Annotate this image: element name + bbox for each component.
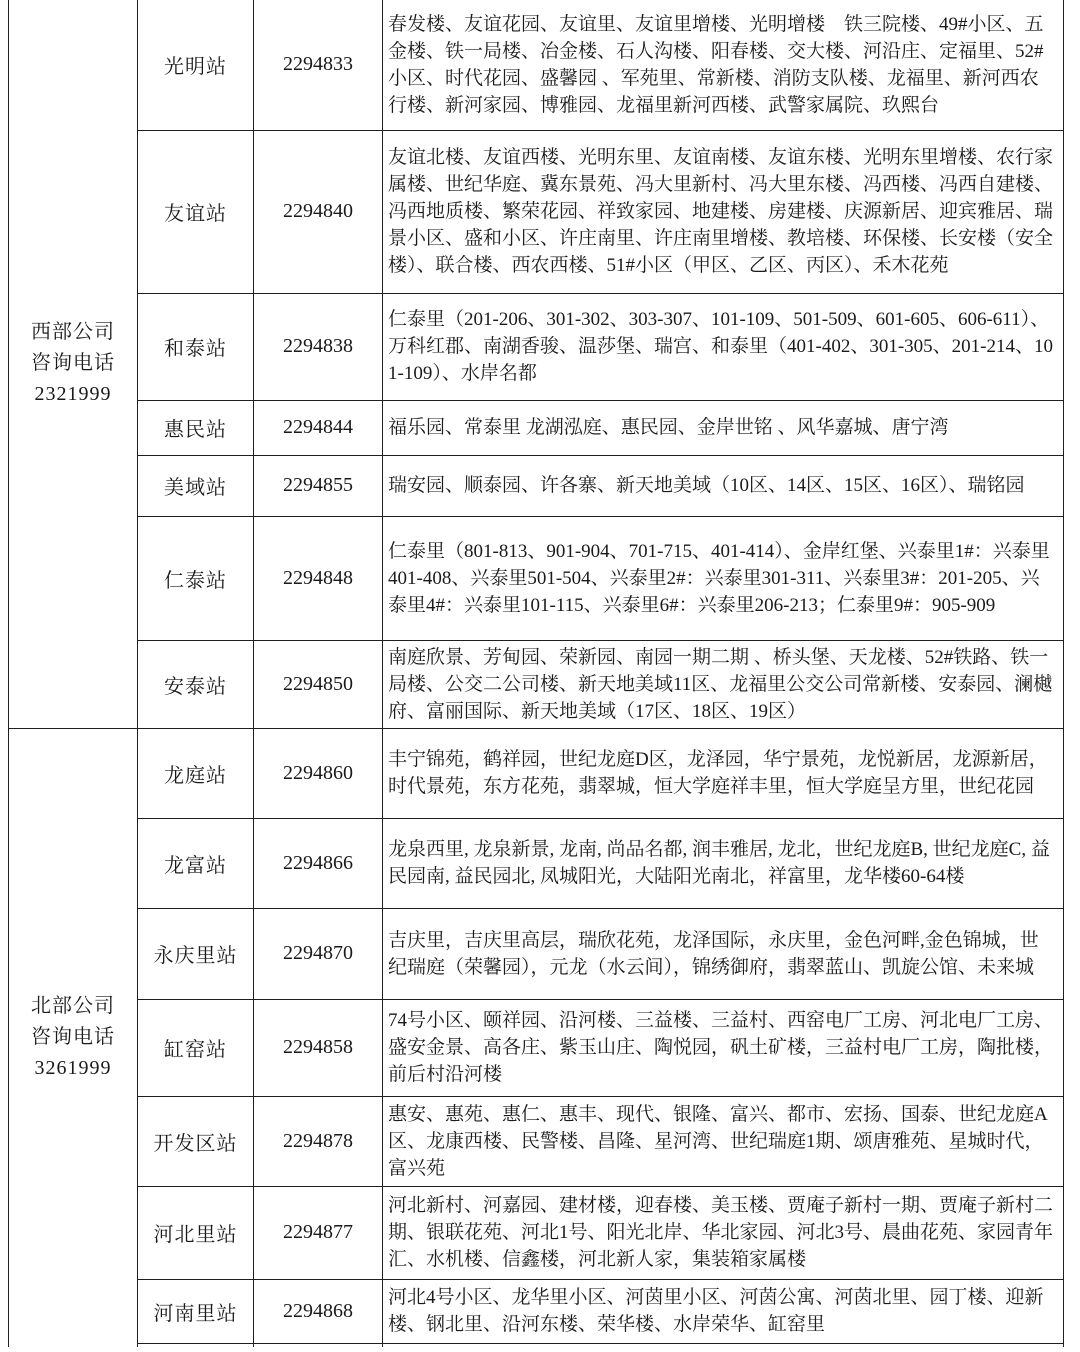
phone-cell: 2294855 <box>254 455 383 516</box>
station-phone-table: 西部公司 咨询电话 2321999 光明站 2294833 春发楼、友谊花园、友… <box>8 0 1064 1347</box>
phone-cell: 2294878 <box>254 1096 383 1186</box>
company-phone: 2321999 <box>9 379 137 410</box>
areas-cell: 惠安、惠苑、惠仁、惠丰、现代、银隆、富兴、都市、宏扬、国泰、世纪龙庭A区、龙康西… <box>383 1096 1064 1186</box>
station-cell: 仁泰站 <box>138 516 254 640</box>
areas-cell: 河北新村、河嘉园、建材楼，迎春楼、美玉楼、贾庵子新村一期、贾庵子新村二期、银联花… <box>383 1186 1064 1279</box>
areas-cell: 仁泰里（801-813、901-904、701-715、401-414）、金岸红… <box>383 516 1064 640</box>
phone-cell: 2294833 <box>254 0 383 130</box>
company-label: 咨询电话 <box>9 1022 137 1053</box>
phone-cell: 2294868 <box>254 1279 383 1343</box>
phone-cell: 2294866 <box>254 818 383 908</box>
areas-cell: 南庭欣景、芳甸园、荣新园、南园一期二期 、桥头堡、天龙楼、52#铁路、铁一局楼、… <box>383 640 1064 728</box>
areas-cell: 吉庆里，吉庆里高层，瑞欣花苑，龙泽国际，永庆里，金色河畔,金色锦城，世纪瑞庭（荣… <box>383 908 1064 999</box>
company-cell-west: 西部公司 咨询电话 2321999 <box>9 0 138 728</box>
station-cell: 光明站 <box>138 0 254 130</box>
areas-cell: 春发楼、友谊花园、友谊里、友谊里增楼、光明增楼 铁三院楼、49#小区、五金楼、铁… <box>383 0 1064 130</box>
station-cell: 缸窑站 <box>138 999 254 1096</box>
areas-cell: 瑞安园、顺泰园、许各寨、新天地美域（10区、14区、15区、16区）、瑞铭园 <box>383 455 1064 516</box>
areas-cell: 仁泰里（201-206、301-302、303-307、101-109、501-… <box>383 293 1064 400</box>
table-row: 美域站 2294855 瑞安园、顺泰园、许各寨、新天地美域（10区、14区、15… <box>9 455 1064 516</box>
table-row: 北部公司 咨询电话 3261999 龙庭站 2294860 丰宁锦苑，鹤祥园，世… <box>9 728 1064 818</box>
station-cell: 龙庭站 <box>138 728 254 818</box>
phone-cell: 2294877 <box>254 1186 383 1279</box>
station-cell: 惠民站 <box>138 400 254 455</box>
company-cell-north: 北部公司 咨询电话 3261999 <box>9 728 138 1347</box>
table-row: 缸窑站 2294858 74号小区、颐祥园、沿河楼、三益楼、三益村、西窑电厂工房… <box>9 999 1064 1096</box>
table-row: 和泰站 2294838 仁泰里（201-206、301-302、303-307、… <box>9 293 1064 400</box>
areas-cell: 龙泉西里, 龙泉新景, 龙南, 尚品名都, 润丰雅居, 龙北，世纪龙庭B, 世纪… <box>383 818 1064 908</box>
table-row: 开发区站 2294878 惠安、惠苑、惠仁、惠丰、现代、银隆、富兴、都市、宏扬、… <box>9 1096 1064 1186</box>
table-row: 河南里站 2294868 河北4号小区、龙华里小区、河茵里小区、河茵公寓、河茵北… <box>9 1279 1064 1343</box>
table-row: 惠民站 2294844 福乐园、常泰里 龙湖泓庭、惠民园、金岸世铭 、风华嘉城、… <box>9 400 1064 455</box>
company-phone: 3261999 <box>9 1053 137 1084</box>
table-row: 河北里站 2294877 河北新村、河嘉园、建材楼，迎春楼、美玉楼、贾庵子新村一… <box>9 1186 1064 1279</box>
phone-cell: 2294844 <box>254 400 383 455</box>
phone-cell: 2294858 <box>254 999 383 1096</box>
station-cell: 友谊站 <box>138 130 254 293</box>
station-cell: 开发区站 <box>138 1096 254 1186</box>
table-row: 西部公司 咨询电话 2321999 光明站 2294833 春发楼、友谊花园、友… <box>9 0 1064 130</box>
document-sheet: 西部公司 咨询电话 2321999 光明站 2294833 春发楼、友谊花园、友… <box>8 0 1064 1347</box>
station-cell <box>138 1343 254 1347</box>
areas-cell: 丰宁锦苑，鹤祥园，世纪龙庭D区，龙泽园，华宁景苑，龙悦新居，龙源新居，时代景苑，… <box>383 728 1064 818</box>
table-row: 龙富站 2294866 龙泉西里, 龙泉新景, 龙南, 尚品名都, 润丰雅居, … <box>9 818 1064 908</box>
station-cell: 和泰站 <box>138 293 254 400</box>
company-label: 咨询电话 <box>9 348 137 379</box>
areas-cell <box>383 1343 1064 1347</box>
areas-cell: 74号小区、颐祥园、沿河楼、三益楼、三益村、西窑电厂工房、河北电厂工房、盛安金景… <box>383 999 1064 1096</box>
station-cell: 永庆里站 <box>138 908 254 999</box>
station-cell: 安泰站 <box>138 640 254 728</box>
company-name: 北部公司 <box>9 991 137 1022</box>
phone-cell: 2294848 <box>254 516 383 640</box>
phone-cell: 2294860 <box>254 728 383 818</box>
areas-cell: 河北4号小区、龙华里小区、河茵里小区、河茵公寓、河茵北里、园丁楼、迎新楼、钢北里… <box>383 1279 1064 1343</box>
table-row: 友谊站 2294840 友谊北楼、友谊西楼、光明东里、友谊南楼、友谊东楼、光明东… <box>9 130 1064 293</box>
phone-cell: 2294850 <box>254 640 383 728</box>
station-cell: 河北里站 <box>138 1186 254 1279</box>
table-row: 安泰站 2294850 南庭欣景、芳甸园、荣新园、南园一期二期 、桥头堡、天龙楼… <box>9 640 1064 728</box>
phone-cell <box>254 1343 383 1347</box>
table-row-cropped <box>9 1343 1064 1347</box>
station-cell: 龙富站 <box>138 818 254 908</box>
phone-cell: 2294838 <box>254 293 383 400</box>
phone-cell: 2294870 <box>254 908 383 999</box>
areas-cell: 福乐园、常泰里 龙湖泓庭、惠民园、金岸世铭 、风华嘉城、唐宁湾 <box>383 400 1064 455</box>
phone-cell: 2294840 <box>254 130 383 293</box>
company-name: 西部公司 <box>9 317 137 348</box>
table-row: 仁泰站 2294848 仁泰里（801-813、901-904、701-715、… <box>9 516 1064 640</box>
station-cell: 美域站 <box>138 455 254 516</box>
station-cell: 河南里站 <box>138 1279 254 1343</box>
areas-cell: 友谊北楼、友谊西楼、光明东里、友谊南楼、友谊东楼、光明东里增楼、农行家属楼、世纪… <box>383 130 1064 293</box>
table-row: 永庆里站 2294870 吉庆里，吉庆里高层，瑞欣花苑，龙泽国际，永庆里，金色河… <box>9 908 1064 999</box>
